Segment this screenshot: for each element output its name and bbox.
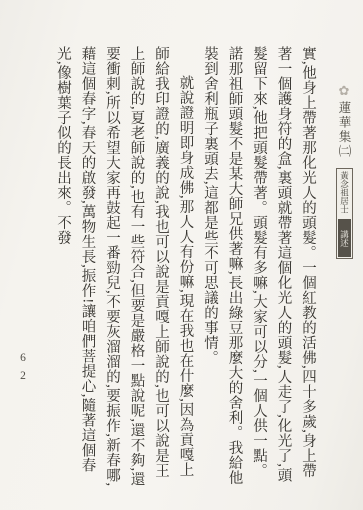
flower-stamp-icon: ✿ (339, 84, 350, 100)
paragraph-2: 就說證明即身成佛,那人人有份嘛,現在我也在什麼,因為貢嘎上師給我印證的,廣義的說… (51, 46, 198, 490)
scanned-book-page: ✿ 蓮華集㈡ 黃念祖居士 講述 實,他身上帶著那化光人的頭髮。一個紅教的活佛,四… (0, 0, 363, 510)
series-dark-label: 講述 (338, 219, 351, 257)
paragraph-1: 實,他身上帶著那化光人的頭髮。一個紅教的活佛,四十多歲,身上帶著一個護身符的盒,… (198, 46, 321, 490)
book-title: 蓮華集㈡ (335, 101, 353, 165)
page-number: 62 (17, 352, 29, 388)
body-text: 實,他身上帶著那化光人的頭髮。一個紅教的活佛,四十多歲,身上帶著一個護身符的盒,… (26, 46, 320, 490)
author-label-box: 黃念祖居士 講述 (336, 168, 353, 259)
author-label: 黃念祖居士 (338, 169, 351, 218)
spine-header: ✿ 蓮華集㈡ 黃念祖居士 講述 (331, 84, 357, 259)
